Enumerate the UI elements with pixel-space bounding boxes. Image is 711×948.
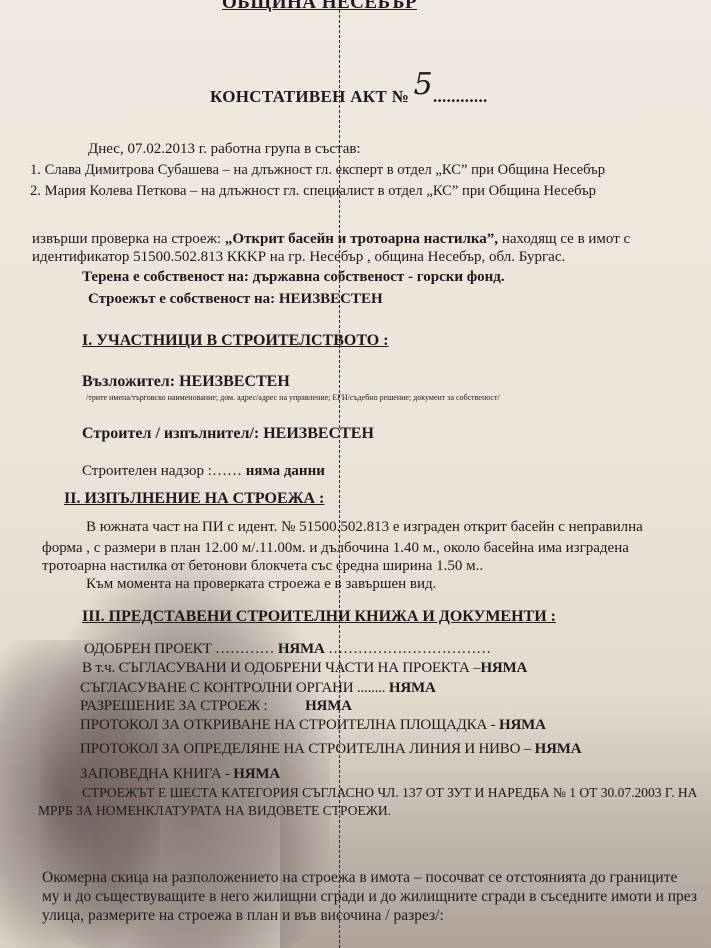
builder-value: НЕИЗВЕСТЕН (263, 425, 374, 442)
inspection-line-2: идентификатор 51500.502.813 ККKР на гр. … (32, 248, 565, 266)
municipality-header: ОБЩИНА НЕСЕБЪР (222, 0, 417, 12)
doc-item-label: В т.ч. СЪГЛАСУВАНИ И ОДОБРЕНИ ЧАСТИ НА П… (82, 660, 480, 676)
member-2: 2. Мария Колева Петкова – на длъжност гл… (30, 182, 596, 200)
assignor: Възложител: НЕИЗВЕСТЕН (82, 373, 290, 391)
document-page: ОБЩИНА НЕСЕБЪР КОНСТАТИВЕН АКТ № 5......… (0, 0, 711, 948)
act-number-handwritten: 5 (414, 67, 433, 102)
section-2-line-2: форма , с размери в план 12.00 м/.11.00м… (42, 539, 629, 557)
assignor-value: НЕИЗВЕСТЕН (179, 373, 290, 390)
doc-item-label: ПРОТОКОЛ ЗА ОПРЕДЕЛЯНЕ НА СТРОИТЕЛНА ЛИН… (80, 741, 531, 757)
inspection-prefix: извърши проверка на строеж: (32, 231, 221, 247)
doc-item-approved-project: ОДОБРЕН ПРОЕКТ ………… НЯМА …………………………… (84, 640, 491, 658)
doc-item-value: НЯМА (499, 717, 546, 733)
doc-item-label: СЪГЛАСУВАНЕ С КОНТРОЛНИ ОРГАНИ ........ (80, 680, 385, 696)
section-2-title: II. ИЗПЪЛНЕНИЕ НА СТРОЕЖА : (64, 490, 324, 508)
doc-item-site-opening: ПРОТОКОЛ ЗА ОТКРИВАНЕ НА СТРОИТЕЛНА ПЛОЩ… (80, 716, 546, 734)
supervision-value: няма данни (246, 463, 325, 479)
doc-item-building-permit: РАЗРЕШЕНИЕ ЗА СТРОЕЖ : НЯМА (80, 697, 352, 715)
builder: Строител / изпълнител/: НЕИЗВЕСТЕН (82, 425, 374, 443)
assignor-label: Възложител: (82, 373, 175, 390)
doc-item-value: НЯМА (480, 660, 527, 676)
assignor-note: /трите имена/търговско наименование; дом… (86, 393, 500, 403)
doc-item-value: НЯМА (278, 641, 325, 657)
act-title: КОНСТАТИВЕН АКТ № 5............ (210, 84, 488, 106)
member-1: 1. Слава Димитрова Субашева – на длъжнос… (30, 161, 605, 179)
doc-item-label: ОДОБРЕН ПРОЕКТ ………… (84, 641, 274, 657)
doc-item-building-line: ПРОТОКОЛ ЗА ОПРЕДЕЛЯНЕ НА СТРОИТЕЛНА ЛИН… (80, 740, 581, 758)
section-2-line-4: Към момента на проверката строежа е в за… (86, 575, 436, 593)
doc-item-order-book: ЗАПОВЕДНА КНИГА - НЯМА (80, 765, 280, 783)
building-owner: Строежът е собственост на: НЕИЗВЕСТЕН (88, 290, 383, 308)
object-name: „Открит басейн и тротоарна настилка”, (225, 231, 498, 247)
act-title-text: КОНСТАТИВЕН АКТ № (210, 87, 409, 106)
category-line-2: МРРБ ЗА НОМЕНКЛАТУРАТА НА ВИДОВЕТЕ СТРОЕ… (38, 802, 391, 820)
inspection-line-1: извърши проверка на строеж: „Открит басе… (32, 230, 630, 248)
doc-item-value: НЯМА (389, 680, 436, 696)
section-2-line-1: В южната част на ПИ с идент. № 51500.502… (86, 518, 643, 536)
doc-item-value: НЯМА (535, 741, 582, 757)
supervision: Строителен надзор :…… няма данни (82, 462, 325, 480)
doc-item-value: НЯМА (305, 698, 352, 714)
section-1-title: I. УЧАСТНИЦИ В СТРОИТЕЛСТВОТО : (82, 332, 389, 350)
land-owner: Терена е собственост на: държавна собств… (82, 268, 505, 286)
doc-item-control-bodies: СЪГЛАСУВАНЕ С КОНТРОЛНИ ОРГАНИ ........ … (80, 679, 436, 697)
category-line-1: СТРОЕЖЪТ Е ШЕСТА КАТЕГОРИЯ СЪГЛАСНО ЧЛ. … (82, 784, 697, 802)
doc-item-value: НЯМА (233, 766, 280, 782)
doc-item-label: РАЗРЕШЕНИЕ ЗА СТРОЕЖ : (80, 698, 268, 714)
act-number-dots: ............ (433, 87, 488, 106)
section-2-line-3: тротоарна настилка от бетонови блокчета … (42, 557, 483, 575)
doc-item-label: ПРОТОКОЛ ЗА ОТКРИВАНЕ НА СТРОИТЕЛНА ПЛОЩ… (80, 717, 495, 733)
builder-label: Строител / изпълнител/: (82, 425, 259, 442)
sketch-line-2: му и до съществуващите в него жилищни сг… (42, 888, 697, 906)
doc-item-approved-parts: В т.ч. СЪГЛАСУВАНИ И ОДОБРЕНИ ЧАСТИ НА П… (82, 659, 527, 677)
intro-line: Днес, 07.02.2013 г. работна група в съст… (88, 140, 361, 158)
supervision-label: Строителен надзор :…… (82, 463, 242, 479)
sketch-line-1: Окомерна скица на разположението на стро… (42, 869, 677, 887)
doc-item-label: ЗАПОВЕДНА КНИГА - (80, 766, 230, 782)
doc-item-dots: …………………………… (328, 641, 491, 657)
inspection-suffix: находящ се в имот с (502, 231, 630, 247)
section-3-title: III. ПРЕДСТАВЕНИ СТРОИТЕЛНИ КНИЖА И ДОКУ… (82, 608, 556, 626)
sketch-line-3: улица, размерите на строежа в план и във… (42, 907, 444, 925)
